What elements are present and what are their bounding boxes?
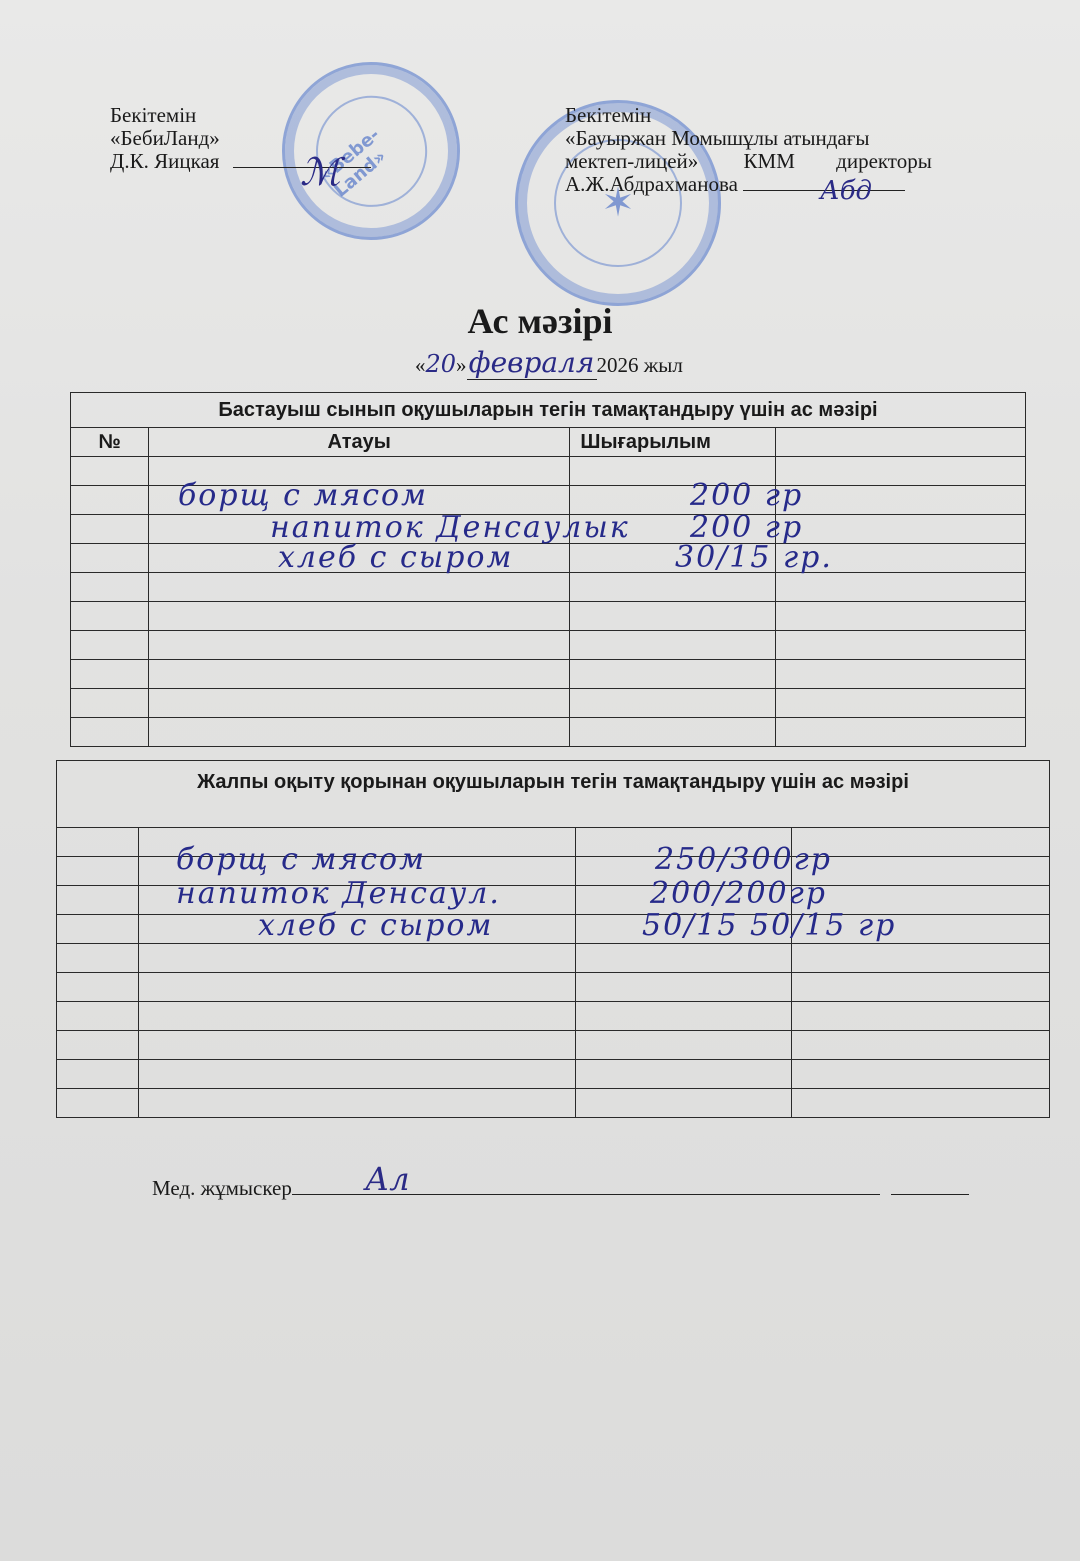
col-extra <box>776 428 1026 457</box>
table-row <box>71 544 1026 573</box>
approval-right: Бекітемін «Бауыржан Момышұлы атындағы ме… <box>565 104 932 196</box>
table1-caption: Бастауыш сынып оқушыларын тегін тамақтан… <box>71 393 1026 428</box>
table-row <box>71 573 1026 602</box>
table-row <box>57 1002 1050 1031</box>
table-row <box>57 1031 1050 1060</box>
table2-item-3-portion: 50/15 50/15 гр <box>642 908 896 943</box>
med-worker-line: Мед. жұмыскер <box>152 1176 969 1201</box>
table-row <box>71 689 1026 718</box>
med-worker-label: Мед. жұмыскер <box>152 1176 292 1200</box>
document-date: «20»февраля2026 жыл <box>415 346 683 380</box>
table-row <box>71 660 1026 689</box>
table2-caption: Жалпы оқыту қорынан оқушыларын тегін там… <box>57 761 1050 828</box>
approval-right-org: «Бауыржан Момышұлы атындағы <box>565 127 932 150</box>
approval-right-label: Бекітемін <box>565 104 932 127</box>
table-row <box>71 631 1026 660</box>
table-row <box>57 973 1050 1002</box>
table2-item-2-name: напиток Денсаул. <box>176 876 501 911</box>
table1-item-1-portion: 200 гр <box>690 478 803 513</box>
approval-right-kmm: КММ <box>744 149 795 173</box>
col-portion: Шығарылым <box>570 428 776 457</box>
approval-left-name: Д.К. Яицкая <box>110 149 219 173</box>
page-title: Ас мәзірі <box>0 300 1080 342</box>
approval-right-signature: Абд <box>820 176 872 206</box>
date-year: 2026 <box>597 353 639 377</box>
approval-left-label: Бекітемін <box>110 104 371 127</box>
med-worker-date-line <box>891 1194 969 1195</box>
table2-item-1-portion: 250/300гр <box>655 842 832 877</box>
approval-right-role: директоры <box>836 149 932 173</box>
menu-table-primary: Бастауыш сынып оқушыларын тегін тамақтан… <box>70 392 1026 747</box>
table-row <box>71 718 1026 747</box>
table2-item-3-name: хлеб с сыром <box>258 908 493 943</box>
table-row <box>57 1089 1050 1118</box>
approval-right-name: А.Ж.Абдрахманова <box>565 172 738 196</box>
table2-item-1-name: борщ с мясом <box>176 842 426 877</box>
menu-table-general: Жалпы оқыту қорынан оқушыларын тегін там… <box>56 760 1050 1118</box>
table-row <box>57 915 1050 944</box>
table-row <box>71 602 1026 631</box>
table2-item-2-portion: 200/200гр <box>650 876 827 911</box>
table-row <box>57 944 1050 973</box>
table1-item-1-name: борщ с мясом <box>178 478 428 513</box>
table-row <box>57 1060 1050 1089</box>
med-worker-signature: Ал <box>365 1160 410 1198</box>
col-name: Атауы <box>148 428 570 457</box>
date-suffix: жыл <box>644 353 683 377</box>
table1-item-3-name: хлеб с сыром <box>278 540 513 575</box>
table1-item-3-portion: 30/15 гр. <box>675 540 833 575</box>
approval-right-org2: мектеп-лицей» <box>565 149 698 173</box>
col-number: № <box>71 428 149 457</box>
approval-left-signature: ℳ <box>300 150 341 194</box>
date-day: 20 <box>426 350 457 378</box>
approval-left-org: «БебиЛанд» <box>110 127 371 150</box>
date-month: февраля <box>467 346 597 380</box>
